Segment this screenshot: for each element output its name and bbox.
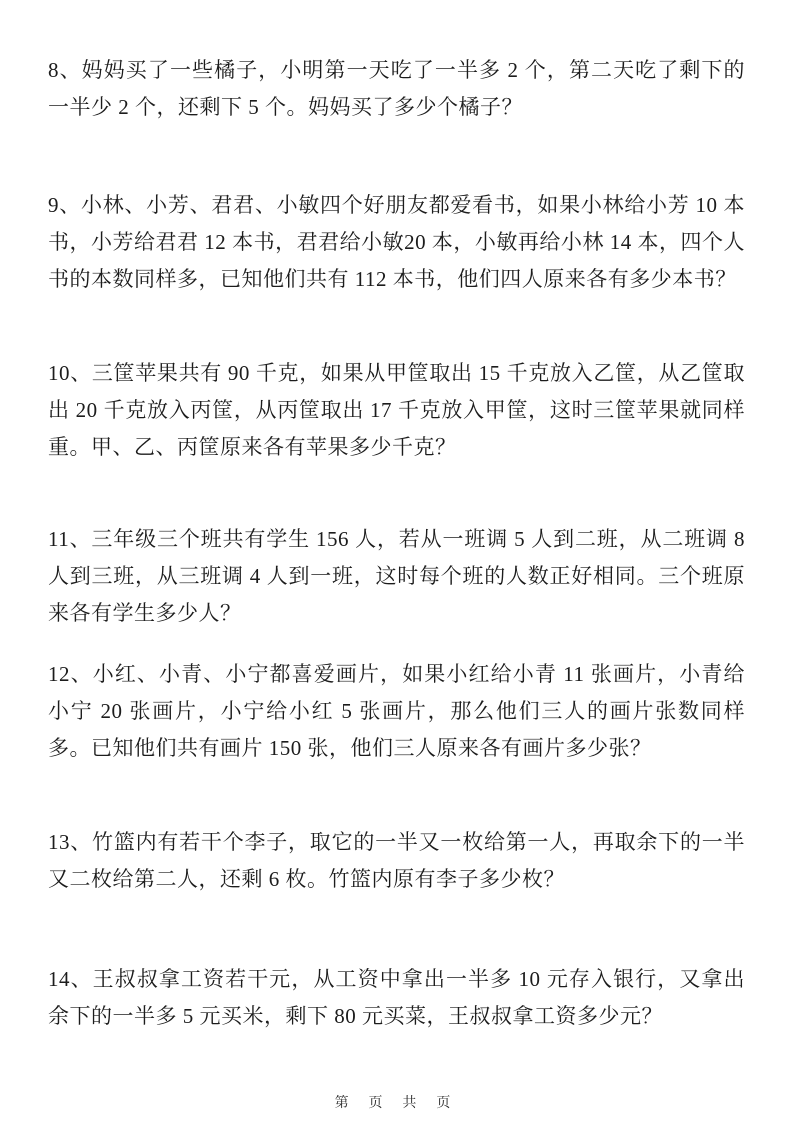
problem-11: 11、三年级三个班共有学生 156 人，若从一班调 5 人到二班，从二班调 8 … <box>48 521 745 632</box>
problem-list: 8、妈妈买了一些橘子，小明第一天吃了一半多 2 个，第二天吃了剩下的一半少 2 … <box>0 0 793 1035</box>
worksheet-page: 8、妈妈买了一些橘子，小明第一天吃了一半多 2 个，第二天吃了剩下的一半少 2 … <box>0 0 793 1122</box>
problem-14: 14、王叔叔拿工资若干元，从工资中拿出一半多 10 元存入银行，又拿出余下的一半… <box>48 961 745 1035</box>
problem-9: 9、小林、小芳、君君、小敏四个好朋友都爱看书，如果小林给小芳 10 本书，小芳给… <box>48 187 745 298</box>
problem-10: 10、三筐苹果共有 90 千克，如果从甲筐取出 15 千克放入乙筐，从乙筐取出 … <box>48 355 745 466</box>
problem-13: 13、竹篮内有若干个李子，取它的一半又一枚给第一人，再取余下的一半又二枚给第二人… <box>48 824 745 898</box>
page-number-footer: 第 页 共 页 <box>0 1092 793 1112</box>
problem-12: 12、小红、小青、小宁都喜爱画片，如果小红给小青 11 张画片，小青给小宁 20… <box>48 656 745 767</box>
problem-8: 8、妈妈买了一些橘子，小明第一天吃了一半多 2 个，第二天吃了剩下的一半少 2 … <box>48 52 745 126</box>
